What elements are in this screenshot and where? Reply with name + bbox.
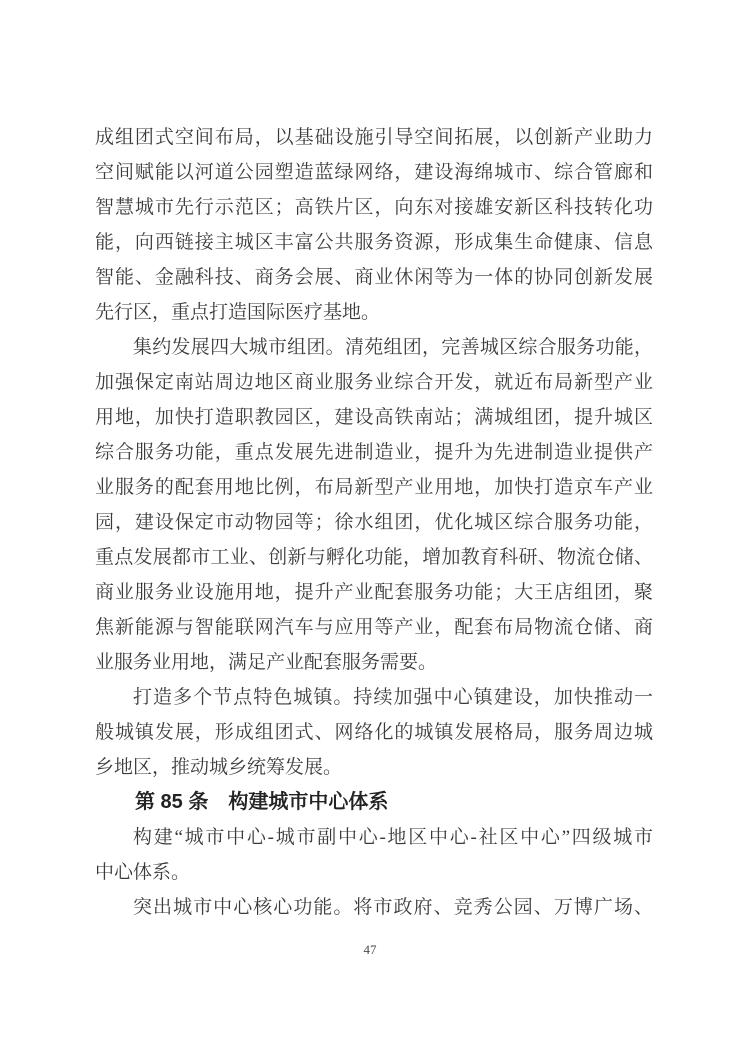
- text-line: 能，向西链接主城区丰富公共服务资源，形成集生命健康、信息: [95, 225, 653, 260]
- text-line: 业服务的配套用地比例，布局新型产业用地，加快打造京车产业: [95, 470, 653, 505]
- text-line: 园，建设保定市动物园等；徐水组团，优化城区综合服务功能，: [95, 505, 653, 540]
- text-line: 综合服务功能，重点发展先进制造业，提升为先进制造业提供产: [95, 435, 653, 470]
- paragraph-end-line: 业服务业用地，满足产业配套服务需要。: [95, 645, 653, 680]
- text-line: 成组团式空间布局，以基础设施引导空间拓展，以创新产业助力: [95, 120, 653, 155]
- text-line: 用地，加快打造职教园区，建设高铁南站；满城组团，提升城区: [95, 400, 653, 435]
- page-number: 47: [0, 942, 740, 958]
- paragraph-end-line: 中心体系。: [95, 855, 653, 890]
- paragraph-end-line: 先行区，重点打造国际医疗基地。: [95, 295, 653, 330]
- paragraph-start-line: 构建“城市中心-城市副中心-地区中心-社区中心”四级城市: [95, 820, 653, 855]
- text-line: 重点发展都市工业、创新与孵化功能，增加教育科研、物流仓储、: [95, 540, 653, 575]
- text-line: 智能、金融科技、商务会展、商业休闲等为一体的协同创新发展: [95, 260, 653, 295]
- text-block: 成组团式空间布局，以基础设施引导空间拓展，以创新产业助力 空间赋能以河道公园塑造…: [95, 120, 653, 925]
- text-line: 智慧城市先行示范区；高铁片区，向东对接雄安新区科技转化功: [95, 190, 653, 225]
- paragraph-start-line: 打造多个节点特色城镇。持续加强中心镇建设，加快推动一: [95, 680, 653, 715]
- text-line: 空间赋能以河道公园塑造蓝绿网络，建设海绵城市、综合管廊和: [95, 155, 653, 190]
- text-line: 般城镇发展，形成组团式、网络化的城镇发展格局，服务周边城: [95, 715, 653, 750]
- article-85-heading: 第 85 条 构建城市中心体系: [95, 785, 653, 820]
- text-line: 焦新能源与智能联网汽车与应用等产业，配套布局物流仓储、商: [95, 610, 653, 645]
- paragraph-end-line: 乡地区，推动城乡统筹发展。: [95, 750, 653, 785]
- text-line: 商业服务业设施用地，提升产业配套服务功能；大王店组团，聚: [95, 575, 653, 610]
- paragraph-start-line: 突出城市中心核心功能。将市政府、竞秀公园、万博广场、: [95, 890, 653, 925]
- document-page: 成组团式空间布局，以基础设施引导空间拓展，以创新产业助力 空间赋能以河道公园塑造…: [0, 0, 740, 1047]
- paragraph-start-line: 集约发展四大城市组团。清苑组团，完善城区综合服务功能，: [95, 330, 653, 365]
- text-line: 加强保定南站周边地区商业服务业综合开发，就近布局新型产业: [95, 365, 653, 400]
